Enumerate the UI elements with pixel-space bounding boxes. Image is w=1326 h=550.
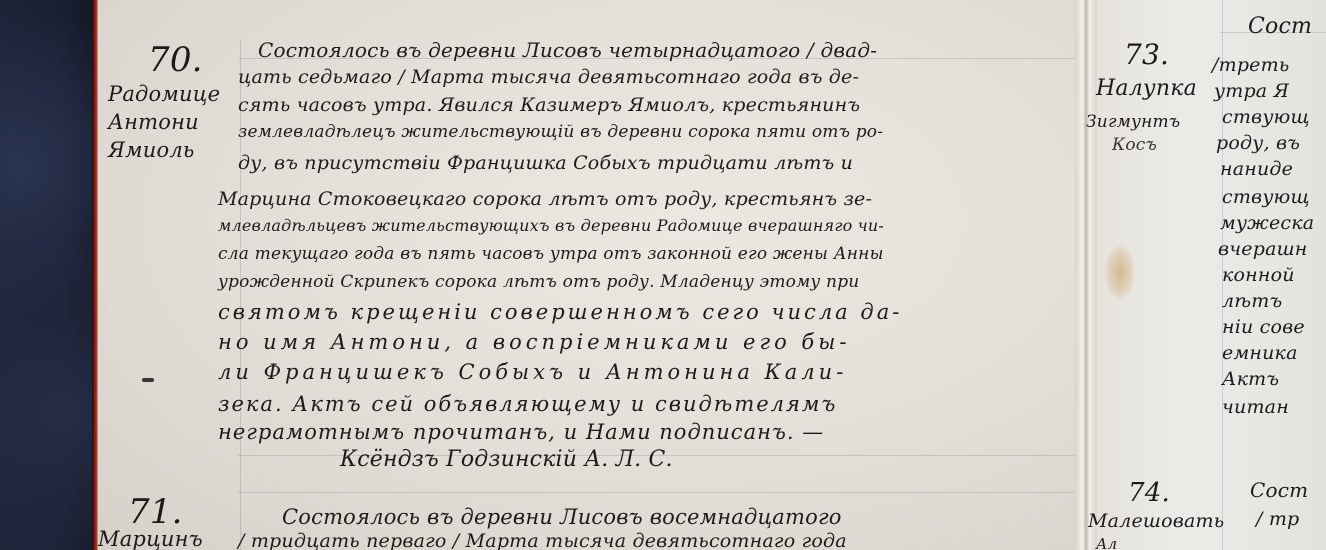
record-line: Марцина Стоковецкаго сорока лѣтъ отъ род… xyxy=(218,188,872,210)
record-line: зека. Актъ сей объявляющему и свидѣтелям… xyxy=(218,392,837,416)
record-line: сять часовъ утра. Явился Казимеръ Ямиолъ… xyxy=(238,94,860,116)
record-line: /треть xyxy=(1212,54,1289,76)
foxing-stain xyxy=(1105,245,1135,300)
record-line: читан xyxy=(1222,396,1289,418)
record-line: лѣтъ xyxy=(1222,290,1282,312)
margin-name: Антони xyxy=(108,110,199,134)
record-line: конной xyxy=(1222,264,1295,286)
record-line: Актъ xyxy=(1222,368,1279,390)
margin-name: Малешовать xyxy=(1088,510,1224,532)
entry-number: 74. xyxy=(1128,478,1170,508)
record-line: ствующ xyxy=(1222,186,1310,208)
margin-name: Косъ xyxy=(1112,135,1157,155)
ruled-line xyxy=(238,492,1078,493)
record-line: / тр xyxy=(1256,508,1299,530)
record-line: сла текущаго года въ пять часовъ утра от… xyxy=(218,244,884,264)
record-line: утра Я xyxy=(1214,80,1289,102)
record-line: ду, въ присутствіи Францишка Собыхъ трид… xyxy=(238,152,853,174)
margin-name: Налупка xyxy=(1096,76,1197,101)
record-line: урожденной Скрипекъ сорока лѣтъ отъ роду… xyxy=(218,272,859,292)
record-line: святомъ крещеніи совершенномъ сего числа… xyxy=(218,300,902,324)
book-binding-cloth xyxy=(0,0,92,550)
record-line: но имя Антони, а воспріемниками его бы- xyxy=(218,330,850,354)
record-line: роду, въ xyxy=(1216,132,1300,154)
margin-name: Зигмунтъ xyxy=(1086,112,1180,132)
record-line: ствующ xyxy=(1222,106,1310,128)
priest-signature: Ксёндзъ Годзинскій А. Л. С. xyxy=(340,447,673,472)
record-line: Состоялось въ деревни Лисовъ четырнадцат… xyxy=(258,38,877,62)
record-line: Состоялось въ деревни Лисовъ восемнадцат… xyxy=(282,505,842,529)
record-line: вчерашн xyxy=(1218,238,1308,260)
margin-name: Радомице xyxy=(108,82,220,106)
record-line: цать седьмаго / Марта тысяча девятьсотна… xyxy=(238,66,859,88)
record-line: ли Францишекъ Собыхъ и Антонина Кали- xyxy=(218,360,847,384)
record-line: млевладѣльцевъ жительствующихъ въ деревн… xyxy=(218,216,884,235)
record-line: Сост xyxy=(1250,478,1308,502)
record-line: мужеска xyxy=(1220,212,1314,234)
margin-name: Марцинъ xyxy=(98,527,203,550)
record-line: Сост xyxy=(1248,14,1312,39)
margin-name: Ямиоль xyxy=(108,138,195,162)
record-line: землевладѣлецъ жительствующій въ деревни… xyxy=(238,122,883,142)
book-gutter-fold xyxy=(1075,0,1097,550)
record-line: неграмотнымъ прочитанъ, и Нами подписанъ… xyxy=(218,420,824,444)
record-line: / тридцать перваго / Марта тысяча девять… xyxy=(238,530,847,550)
record-line: емника xyxy=(1222,342,1298,364)
ink-speck xyxy=(142,378,154,382)
entry-number: 70. xyxy=(148,40,203,80)
margin-name: Ал xyxy=(1096,535,1117,550)
entry-number: 73. xyxy=(1124,38,1169,71)
entry-number: 71. xyxy=(128,492,183,532)
record-line: ніи сове xyxy=(1222,316,1305,338)
record-line: наниде xyxy=(1220,158,1293,180)
margin-rule xyxy=(240,40,241,550)
